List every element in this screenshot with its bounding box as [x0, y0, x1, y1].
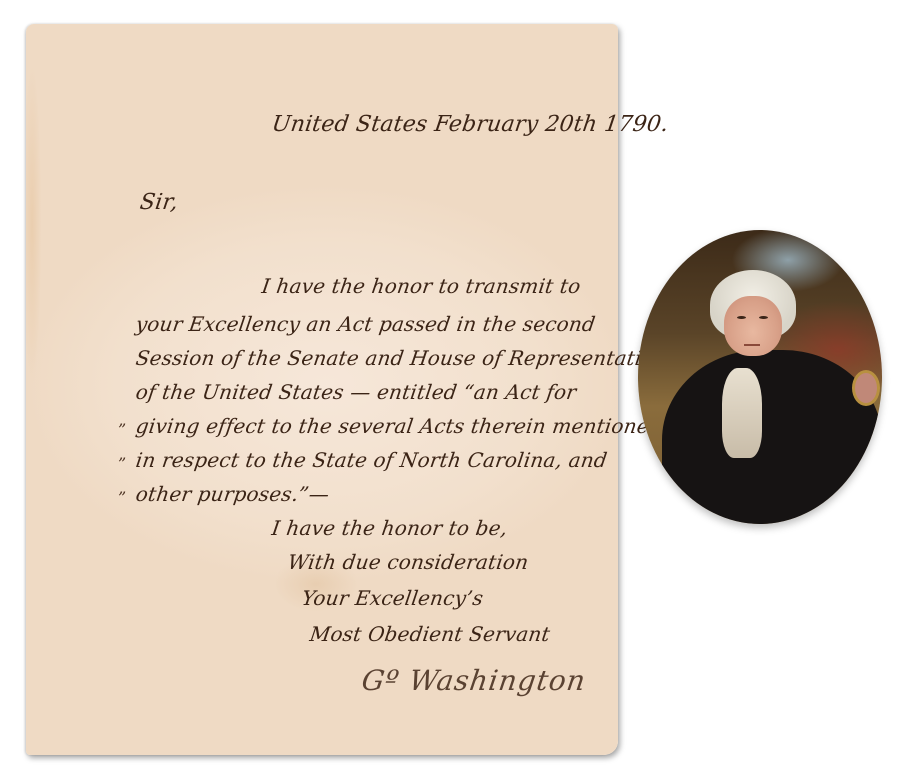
body-line: your Excellency an Act passed in the sec… — [134, 312, 597, 336]
margin-quote-mark: ” — [118, 488, 126, 507]
closing-line: Most Obedient Servant — [308, 622, 551, 646]
letter-date: United States February 20th 1790. — [270, 112, 670, 137]
portrait-face — [724, 296, 782, 356]
margin-quote-mark: ” — [118, 454, 126, 473]
closing-line: Your Excellency’s — [300, 586, 485, 610]
chair-medallion — [852, 370, 880, 406]
letter-salutation: Sir, — [138, 190, 180, 215]
portrait-eye — [737, 316, 746, 319]
letter-document: United States February 20th 1790. Sir, I… — [26, 24, 618, 755]
closing-line: With due consideration — [286, 550, 530, 574]
body-line: other purposes.”— — [134, 482, 331, 506]
body-line: of the United States — entitled “an Act … — [134, 380, 578, 404]
signature: Gº Washington — [360, 664, 589, 697]
portrait-eye — [759, 316, 768, 319]
portrait-oval — [638, 230, 882, 524]
closing-line: I have the honor to be, — [270, 516, 509, 540]
body-line: in respect to the State of North Carolin… — [134, 448, 608, 472]
portrait-coat — [662, 350, 882, 524]
body-line: giving effect to the several Acts therei… — [134, 414, 670, 438]
portrait-cravat — [722, 368, 762, 458]
margin-quote-mark: ” — [118, 420, 126, 439]
body-line: I have the honor to transmit to — [260, 274, 582, 298]
portrait-mouth — [744, 344, 760, 346]
body-line: Session of the Senate and House of Repre… — [134, 346, 677, 370]
